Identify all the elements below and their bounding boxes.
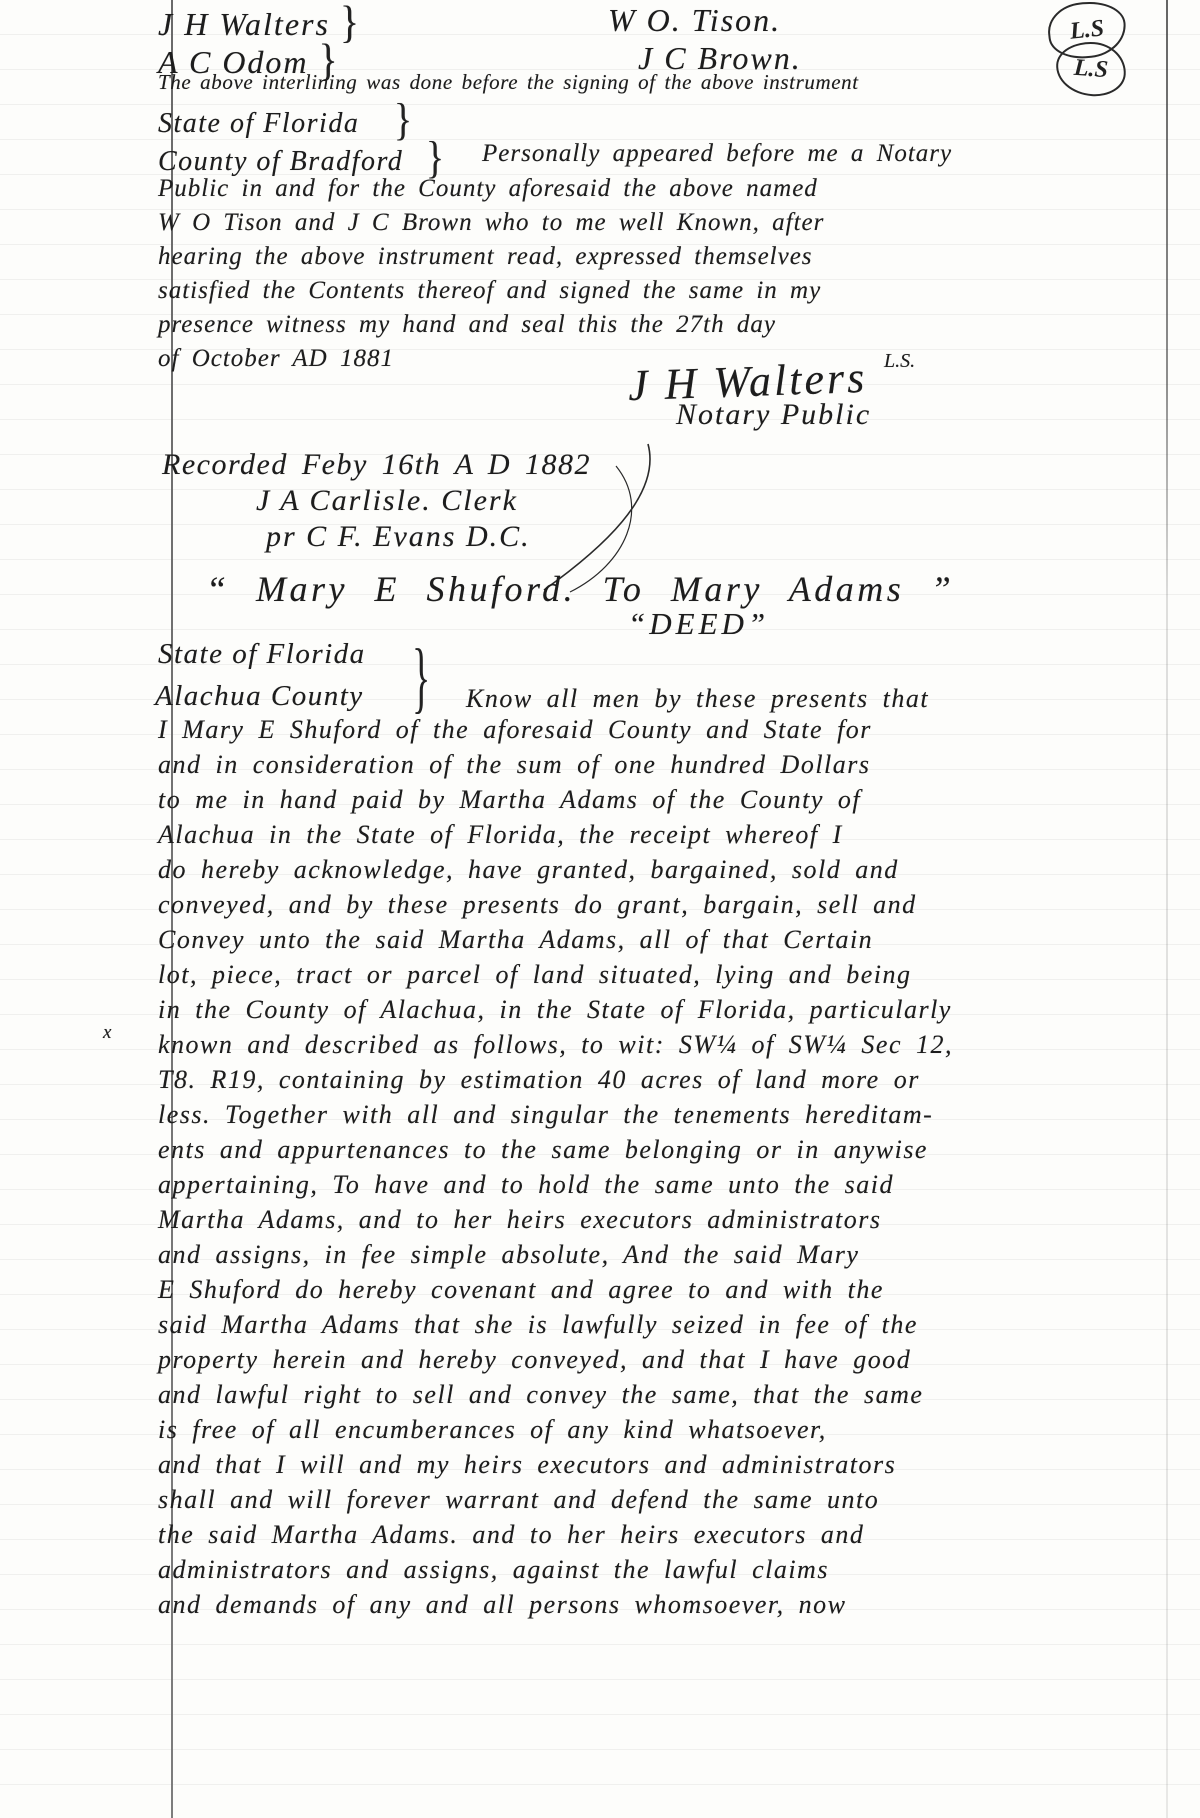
deed-body-line: in the County of Alachua, in the State o… (158, 992, 953, 1027)
deed-body-line: Alachua in the State of Florida, the rec… (158, 817, 953, 852)
interlining-note: The above interlining was done before th… (158, 70, 859, 95)
deputy-clerk-line: pr C F. Evans D.C. (266, 520, 531, 554)
deed-body: I Mary E Shuford of the aforesaid County… (158, 712, 953, 1622)
ack-line: presence witness my hand and seal this t… (158, 308, 824, 342)
deed-body-line: known and described as follows, to wit: … (158, 1027, 953, 1062)
deed-state-caption: State of Florida (158, 638, 366, 671)
deed-body-line: Convey unto the said Martha Adams, all o… (158, 922, 953, 957)
deed-body-line: T8. R19, containing by estimation 40 acr… (158, 1062, 953, 1097)
deed-body-line: said Martha Adams that she is lawfully s… (158, 1307, 953, 1342)
ack-opening-phrase: Personally appeared before me a Notary (482, 140, 952, 168)
deed-body-line: E Shuford do hereby covenant and agree t… (158, 1272, 953, 1307)
clerk-signature: J A Carlisle. Clerk (256, 484, 518, 518)
recorded-line: Recorded Feby 16th A D 1882 (162, 448, 591, 482)
deed-body-line: appertaining, To have and to hold the sa… (158, 1167, 953, 1202)
deed-title: “ Mary E Shuford. To Mary Adams ” (206, 568, 954, 610)
deed-body-line: shall and will forever warrant and defen… (158, 1482, 953, 1517)
deed-body-line: ents and appurtenances to the same belon… (158, 1132, 953, 1167)
deed-body-line: lot, piece, tract or parcel of land situ… (158, 957, 953, 992)
deed-body-line: to me in hand paid by Martha Adams of th… (158, 782, 953, 817)
deed-body-line: and demands of any and all persons whoms… (158, 1587, 953, 1622)
seal-monogram: L.S (1069, 15, 1106, 45)
ack-line: W O Tison and J C Brown who to me well K… (158, 206, 824, 240)
deed-body-line: I Mary E Shuford of the aforesaid County… (158, 712, 953, 747)
deed-body-line: and in consideration of the sum of one h… (158, 747, 953, 782)
ack-line: Public in and for the County aforesaid t… (158, 172, 824, 206)
brace-icon: } (340, 0, 361, 49)
deed-doc-label: “DEED” (628, 606, 769, 642)
deed-body-line: and that I will and my heirs executors a… (158, 1447, 953, 1482)
deed-body-line: and lawful right to sell and convey the … (158, 1377, 953, 1412)
deed-body-line: Martha Adams, and to her heirs executors… (158, 1202, 953, 1237)
state-caption-text: State of Florida (158, 108, 359, 139)
seal-monogram: L.S (1073, 54, 1109, 83)
signer-signature-1: W O. Tison. (608, 2, 781, 39)
margin-x-mark: x (103, 1022, 111, 1044)
notary-title: Notary Public (676, 398, 871, 432)
document-page: J H Walters } A C Odom } W O. Tison. J C… (0, 0, 1200, 1818)
deed-county-caption: Alachua County (155, 680, 364, 713)
ack-line: satisfied the Contents thereof and signe… (158, 274, 824, 308)
deed-body-line: conveyed, and by these presents do grant… (158, 887, 953, 922)
ack-line: hearing the above instrument read, expre… (158, 240, 824, 274)
notary-seal-label: L.S. (884, 350, 915, 373)
deed-body-line: and assigns, in fee simple absolute, And… (158, 1237, 953, 1272)
deed-body-line: less. Together with all and singular the… (158, 1097, 953, 1132)
deed-body-line: is free of all encumberances of any kind… (158, 1412, 953, 1447)
right-edge-rule (1166, 0, 1168, 1818)
seal-icon: L.S (1054, 40, 1128, 99)
deed-body-line: do hereby acknowledge, have granted, bar… (158, 852, 953, 887)
deed-body-line: property herein and hereby conveyed, and… (158, 1342, 953, 1377)
deed-body-line: administrators and assigns, against the … (158, 1552, 953, 1587)
brace-icon: } (412, 632, 430, 724)
ack-paragraph: Public in and for the County aforesaid t… (158, 172, 824, 376)
deed-body-line: the said Martha Adams. and to her heirs … (158, 1517, 953, 1552)
deed-opening-phrase: Know all men by these presents that (466, 684, 929, 714)
